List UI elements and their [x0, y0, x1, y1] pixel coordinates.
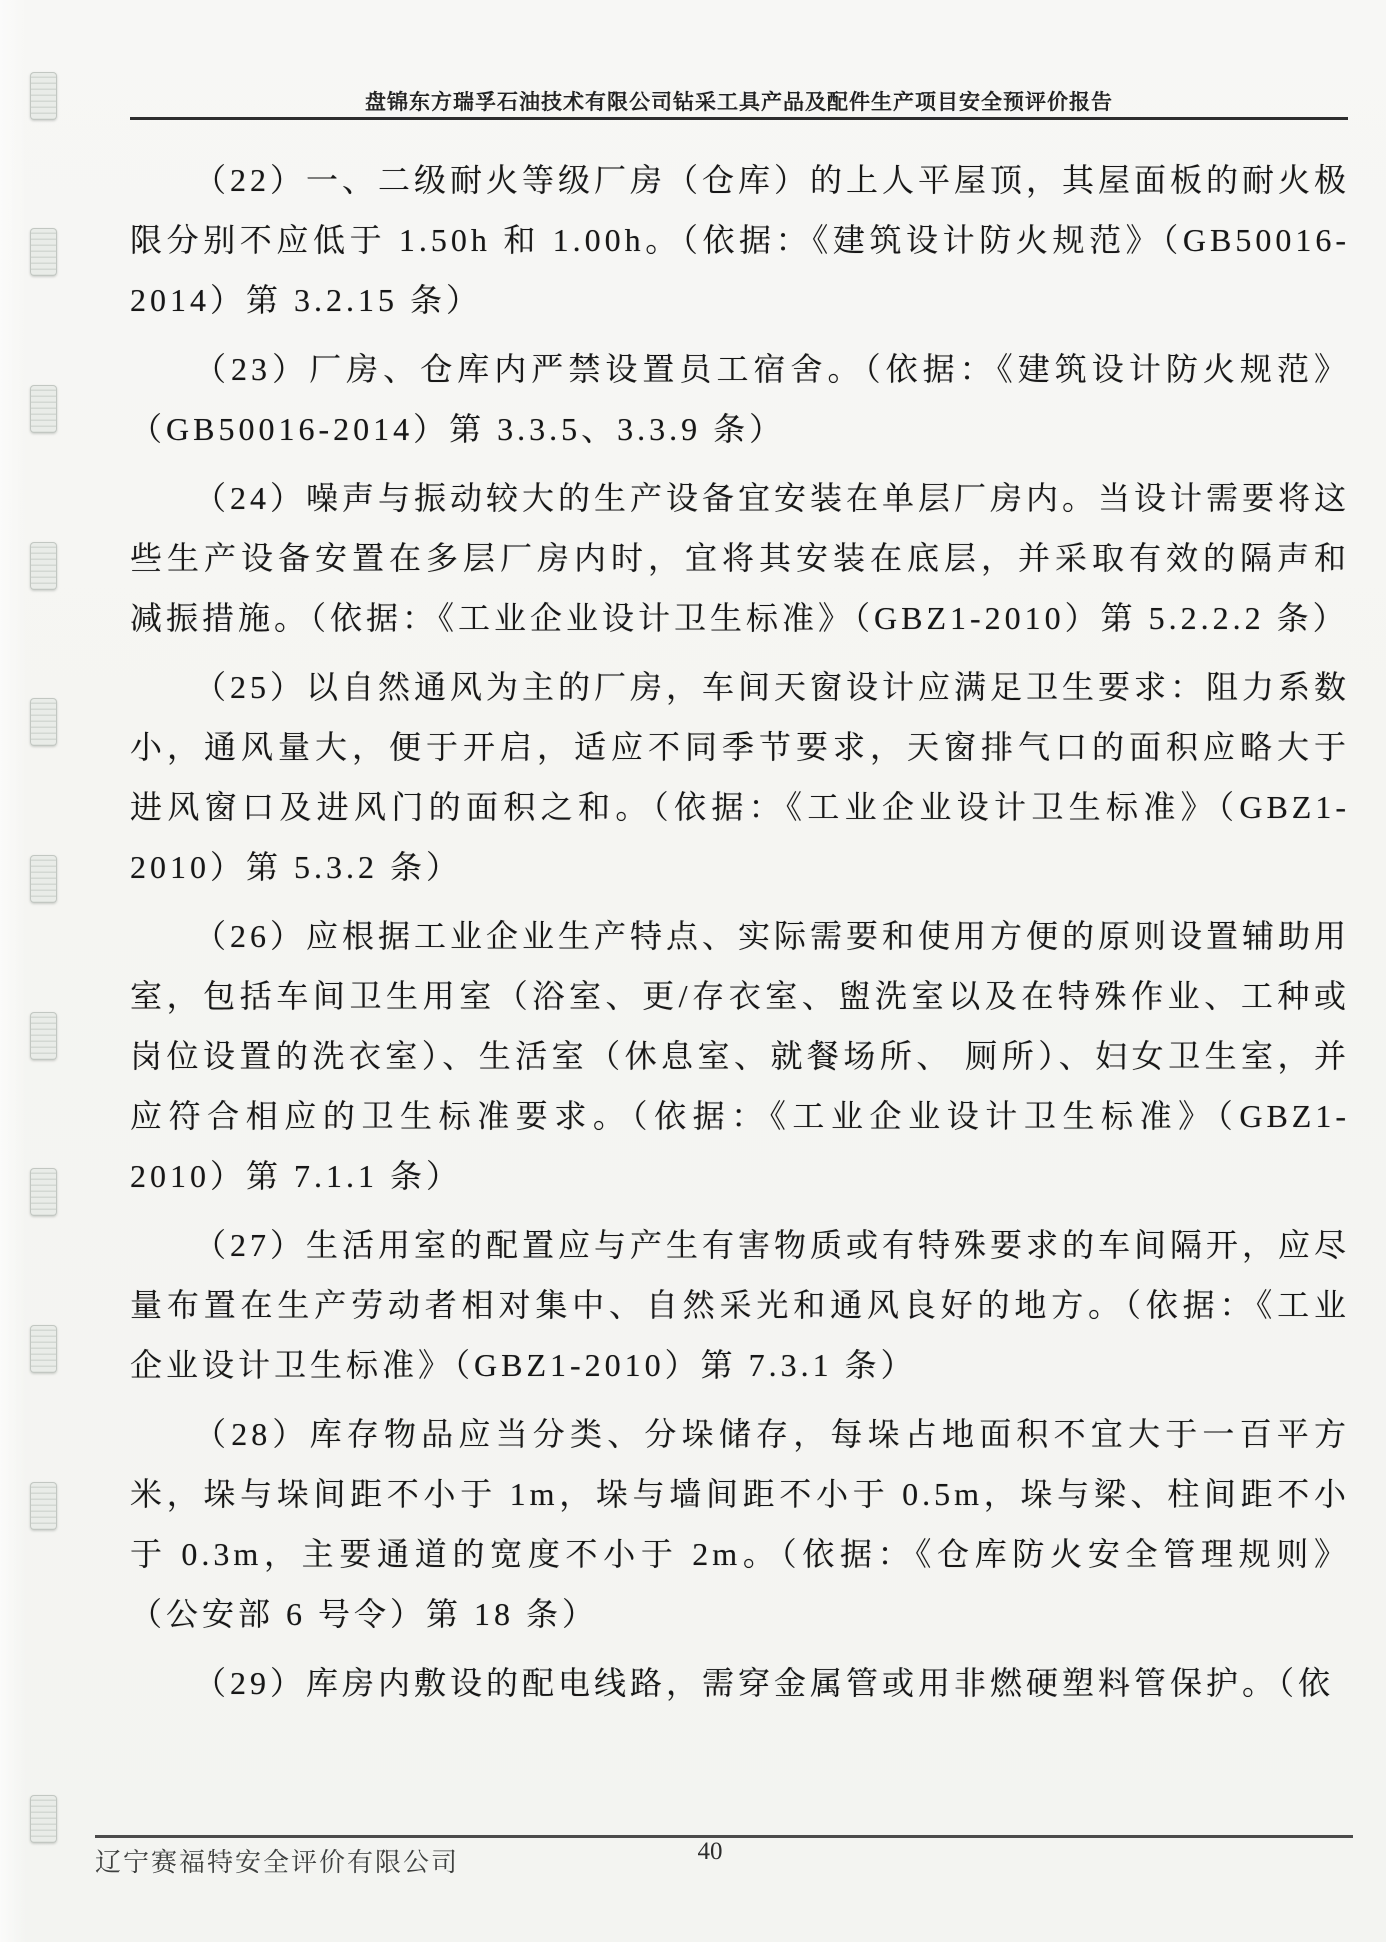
binding-mark	[30, 228, 57, 276]
report-body: （22）一、二级耐火等级厂房（仓库）的上人平屋顶，其屋面板的耐火极限分别不应低于…	[130, 150, 1350, 1722]
header-rule	[130, 117, 1348, 120]
report-paragraph-28: （28）库存物品应当分类、分垛储存，每垛占地面积不宜大于一百平方米，垛与垛间距不…	[130, 1404, 1350, 1644]
report-paragraph-23: （23）厂房、仓库内严禁设置员工宿舍。（依据：《建筑设计防火规范》（GB5001…	[130, 339, 1350, 459]
binding-mark	[30, 72, 57, 120]
report-header-title: 盘锦东方瑞孚石油技术有限公司钻采工具产品及配件生产项目安全预评价报告	[130, 86, 1348, 116]
binding-mark	[30, 1482, 57, 1530]
binding-mark	[30, 385, 57, 433]
binding-mark	[30, 698, 57, 746]
binding-mark	[30, 1795, 57, 1843]
report-paragraph-25: （25）以自然通风为主的厂房，车间天窗设计应满足卫生要求：阻力系数小，通风量大，…	[130, 657, 1350, 897]
report-paragraph-29: （29）库房内敷设的配电线路，需穿金属管或用非燃硬塑料管保护。（依	[130, 1653, 1350, 1713]
binding-mark	[30, 1012, 57, 1060]
report-paragraph-26: （26）应根据工业企业生产特点、实际需要和使用方便的原则设置辅助用室，包括车间卫…	[130, 906, 1350, 1206]
report-paragraph-24: （24）噪声与振动较大的生产设备宜安装在单层厂房内。当设计需要将这些生产设备安置…	[130, 468, 1350, 648]
page-number: 40	[660, 1838, 760, 1866]
scanned-report-page: 盘锦东方瑞孚石油技术有限公司钻采工具产品及配件生产项目安全预评价报告 （22）一…	[0, 0, 1386, 1942]
footer-company-name: 辽宁赛福特安全评价有限公司	[95, 1842, 459, 1879]
binding-mark	[30, 855, 57, 903]
binding-mark	[30, 1168, 57, 1216]
report-paragraph-22: （22）一、二级耐火等级厂房（仓库）的上人平屋顶，其屋面板的耐火极限分别不应低于…	[130, 150, 1350, 330]
binding-mark	[30, 1325, 57, 1373]
binding-mark	[30, 542, 57, 590]
report-paragraph-27: （27）生活用室的配置应与产生有害物质或有特殊要求的车间隔开，应尽量布置在生产劳…	[130, 1215, 1350, 1395]
